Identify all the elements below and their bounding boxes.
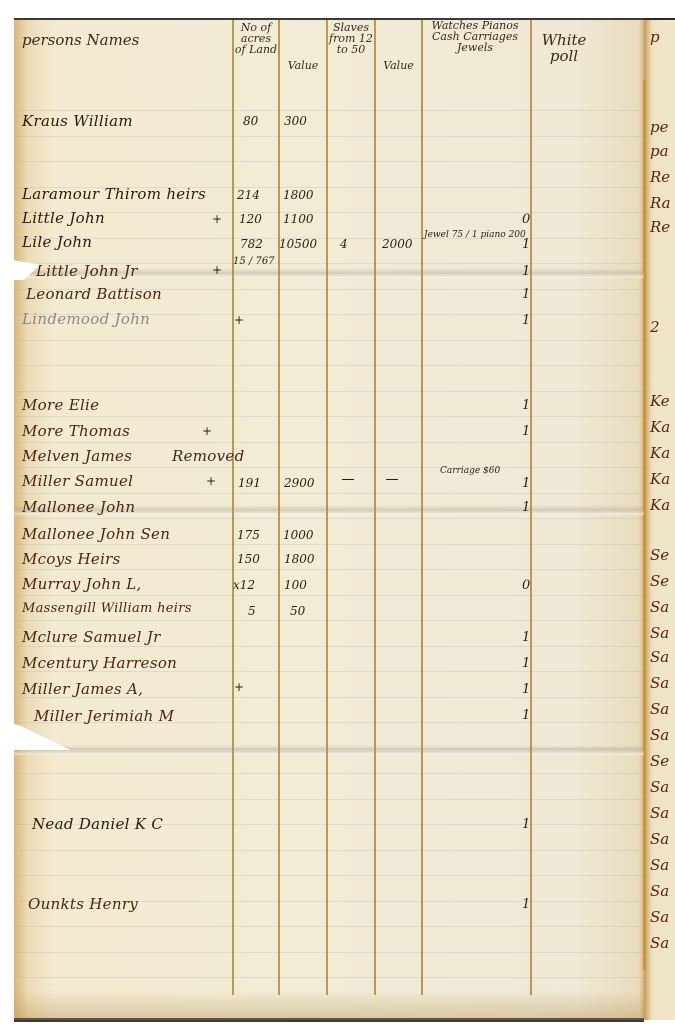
entry-mark: + bbox=[212, 212, 222, 226]
entry-name: Mcoys Heirs bbox=[22, 550, 121, 568]
facing-page-letter: Sa bbox=[650, 934, 669, 952]
entry-acres: 782 bbox=[240, 237, 263, 251]
ruled-line bbox=[14, 161, 644, 162]
ruled-line bbox=[14, 238, 644, 239]
facing-page-letter: pe bbox=[650, 118, 668, 136]
facing-page-letter: p bbox=[650, 28, 660, 46]
ruled-line bbox=[14, 773, 644, 774]
entry-acres: 191 bbox=[238, 476, 261, 490]
entry-land-value: 1100 bbox=[283, 212, 314, 226]
column-divider bbox=[421, 20, 423, 995]
facing-page-letter: Ka bbox=[650, 418, 670, 436]
entry-name: Ounkts Henry bbox=[28, 895, 138, 913]
facing-page-letter: Sa bbox=[650, 598, 669, 616]
ruled-line bbox=[14, 442, 644, 443]
column-divider bbox=[530, 20, 532, 995]
entry-name: Leonard Battison bbox=[26, 285, 162, 303]
entry-slaves-struck: — bbox=[342, 472, 354, 486]
ruled-line bbox=[14, 365, 644, 366]
header-white-poll: White poll bbox=[534, 32, 594, 64]
entry-name: Nead Daniel K C bbox=[32, 815, 163, 833]
entry-name: Miller Samuel bbox=[22, 472, 133, 490]
entry-watches: Carriage $60 bbox=[440, 466, 500, 476]
entry-mark: + bbox=[202, 424, 212, 438]
entry-mark: + bbox=[212, 263, 222, 277]
entry-white-poll: 1 bbox=[522, 264, 530, 279]
facing-page-letter: Re bbox=[650, 218, 670, 236]
entry-name: More Elie bbox=[22, 396, 99, 414]
ruled-line bbox=[14, 110, 644, 111]
entry-land-value: 50 bbox=[290, 604, 305, 618]
entry-slave-value: 2000 bbox=[382, 237, 413, 251]
ruled-line bbox=[14, 977, 644, 978]
entry-land-value: 100 bbox=[284, 578, 307, 592]
ruled-line bbox=[14, 518, 644, 519]
ruled-line bbox=[14, 620, 644, 621]
facing-page-letter: Sa bbox=[650, 778, 669, 796]
entry-name: Little John Jr bbox=[36, 262, 138, 280]
entry-name: Little John bbox=[22, 209, 105, 227]
header-land-value: Value bbox=[280, 60, 326, 71]
entry-white-poll: 1 bbox=[522, 682, 530, 697]
header-names: persons Names bbox=[22, 32, 222, 48]
ruled-line bbox=[14, 646, 644, 647]
entry-acres: 175 bbox=[237, 528, 260, 542]
column-divider bbox=[232, 20, 234, 995]
entry-white-poll: 1 bbox=[522, 424, 530, 439]
entry-white-poll: 1 bbox=[522, 287, 530, 302]
entry-acres: 214 bbox=[237, 188, 260, 202]
entry-white-poll: 1 bbox=[522, 817, 530, 832]
entry-name: Melven James bbox=[22, 447, 132, 465]
entry-name: Murray John L, bbox=[22, 575, 142, 593]
header-acres: No of acres of Land bbox=[234, 22, 278, 55]
entry-slave-value-struck: — bbox=[386, 472, 398, 486]
facing-page-letter: Ra bbox=[650, 194, 671, 212]
ruled-line bbox=[14, 926, 644, 927]
entry-white-poll: 1 bbox=[522, 656, 530, 671]
facing-page-letter: Sa bbox=[650, 882, 669, 900]
ruled-line bbox=[14, 340, 644, 341]
entry-acres: x12 bbox=[233, 578, 255, 592]
entry-acres: 150 bbox=[237, 552, 260, 566]
ruled-line bbox=[14, 136, 644, 137]
ruled-line bbox=[14, 467, 644, 468]
entry-land-value: 10500 bbox=[279, 237, 317, 251]
facing-page-letter: Sa bbox=[650, 648, 669, 666]
page-spine bbox=[643, 80, 646, 970]
facing-page-letter: Ka bbox=[650, 470, 670, 488]
ruled-line bbox=[14, 416, 644, 417]
entry-watches: Jewel 75 / 1 piano 200 bbox=[424, 230, 526, 240]
entry-land-value: 300 bbox=[284, 114, 307, 128]
facing-page-letter: Ka bbox=[650, 444, 670, 462]
entry-slaves: 4 bbox=[340, 237, 348, 251]
facing-page-letter: Se bbox=[650, 572, 669, 590]
entry-land-value: 1000 bbox=[283, 528, 314, 542]
entry-acres: 80 bbox=[243, 114, 258, 128]
entry-name: Miller Jerimiah M bbox=[34, 707, 174, 725]
ruled-line bbox=[14, 569, 644, 570]
entry-name: Mallonee John Sen bbox=[22, 525, 170, 543]
entry-white-poll: 1 bbox=[522, 630, 530, 645]
entry-white-poll: 1 bbox=[522, 398, 530, 413]
ruled-line bbox=[14, 212, 644, 213]
entry-note: Removed bbox=[172, 447, 244, 465]
ruled-line bbox=[14, 544, 644, 545]
facing-page-letter: Ka bbox=[650, 496, 670, 514]
entry-name: Lile John bbox=[22, 233, 92, 251]
entry-white-poll: 1 bbox=[522, 313, 530, 328]
entry-mark: + bbox=[234, 313, 244, 327]
facing-page-letter: Se bbox=[650, 752, 669, 770]
facing-page-letter: Sa bbox=[650, 830, 669, 848]
header-slaves: Slaves from 12 to 50 bbox=[328, 22, 374, 55]
ruled-line bbox=[14, 391, 644, 392]
entry-land-value: 1800 bbox=[284, 552, 315, 566]
facing-page-letter: Sa bbox=[650, 674, 669, 692]
entry-name: Massengill William heirs bbox=[22, 601, 192, 616]
entry-mark: + bbox=[206, 474, 216, 488]
facing-page-letter: Sa bbox=[650, 856, 669, 874]
entry-name: Laramour Thirom heirs bbox=[22, 185, 206, 203]
entry-name: Mcentury Harreson bbox=[22, 654, 177, 672]
facing-page-letter: Ke bbox=[650, 392, 670, 410]
entry-white-poll: 1 bbox=[522, 708, 530, 723]
entry-land-value: 1800 bbox=[283, 188, 314, 202]
entry-name: Mallonee John bbox=[22, 498, 135, 516]
ruled-line bbox=[14, 595, 644, 596]
entry-white-poll: 1 bbox=[522, 500, 530, 515]
facing-page-letter: Sa bbox=[650, 804, 669, 822]
facing-page-letter: Sa bbox=[650, 908, 669, 926]
facing-page-letter: Sa bbox=[650, 624, 669, 642]
header-slave-value: Value bbox=[376, 60, 421, 71]
paper-fold bbox=[14, 745, 644, 755]
header-watches: Watches Pianos Cash Carriages Jewels bbox=[425, 20, 525, 53]
facing-page-letter: Sa bbox=[650, 726, 669, 744]
entry-white-poll: 0 bbox=[522, 212, 530, 227]
entry-white-poll: 0 bbox=[522, 578, 530, 593]
ruled-line bbox=[14, 493, 644, 494]
column-divider bbox=[278, 20, 280, 995]
entry-name: Kraus William bbox=[22, 112, 133, 130]
entry-acres: 120 bbox=[239, 212, 262, 226]
entry-name: Mclure Samuel Jr bbox=[22, 628, 161, 646]
ruled-line bbox=[14, 875, 644, 876]
ledger-page bbox=[14, 18, 644, 1020]
entry-name: Lindemood John bbox=[22, 310, 150, 328]
entry-land-value: 2900 bbox=[284, 476, 315, 490]
entry-acres: 5 bbox=[248, 604, 256, 618]
ruled-line bbox=[14, 952, 644, 953]
facing-page-letter: Sa bbox=[650, 700, 669, 718]
column-divider bbox=[374, 20, 376, 995]
entry-white-poll: 1 bbox=[522, 476, 530, 491]
facing-page-letter: pa bbox=[650, 142, 669, 160]
entry-acres: 15 / 767 bbox=[233, 256, 275, 267]
entry-name: More Thomas bbox=[22, 422, 130, 440]
ruled-line bbox=[14, 850, 644, 851]
facing-page-letter: Re bbox=[650, 168, 670, 186]
entry-white-poll: 1 bbox=[522, 237, 530, 252]
facing-page-letter: 2 bbox=[650, 318, 660, 336]
facing-page-letter: Se bbox=[650, 546, 669, 564]
ruled-line bbox=[14, 799, 644, 800]
entry-mark: + bbox=[234, 680, 244, 694]
column-divider bbox=[326, 20, 328, 995]
entry-white-poll: 1 bbox=[522, 897, 530, 912]
entry-name: Miller James A, bbox=[22, 680, 143, 698]
